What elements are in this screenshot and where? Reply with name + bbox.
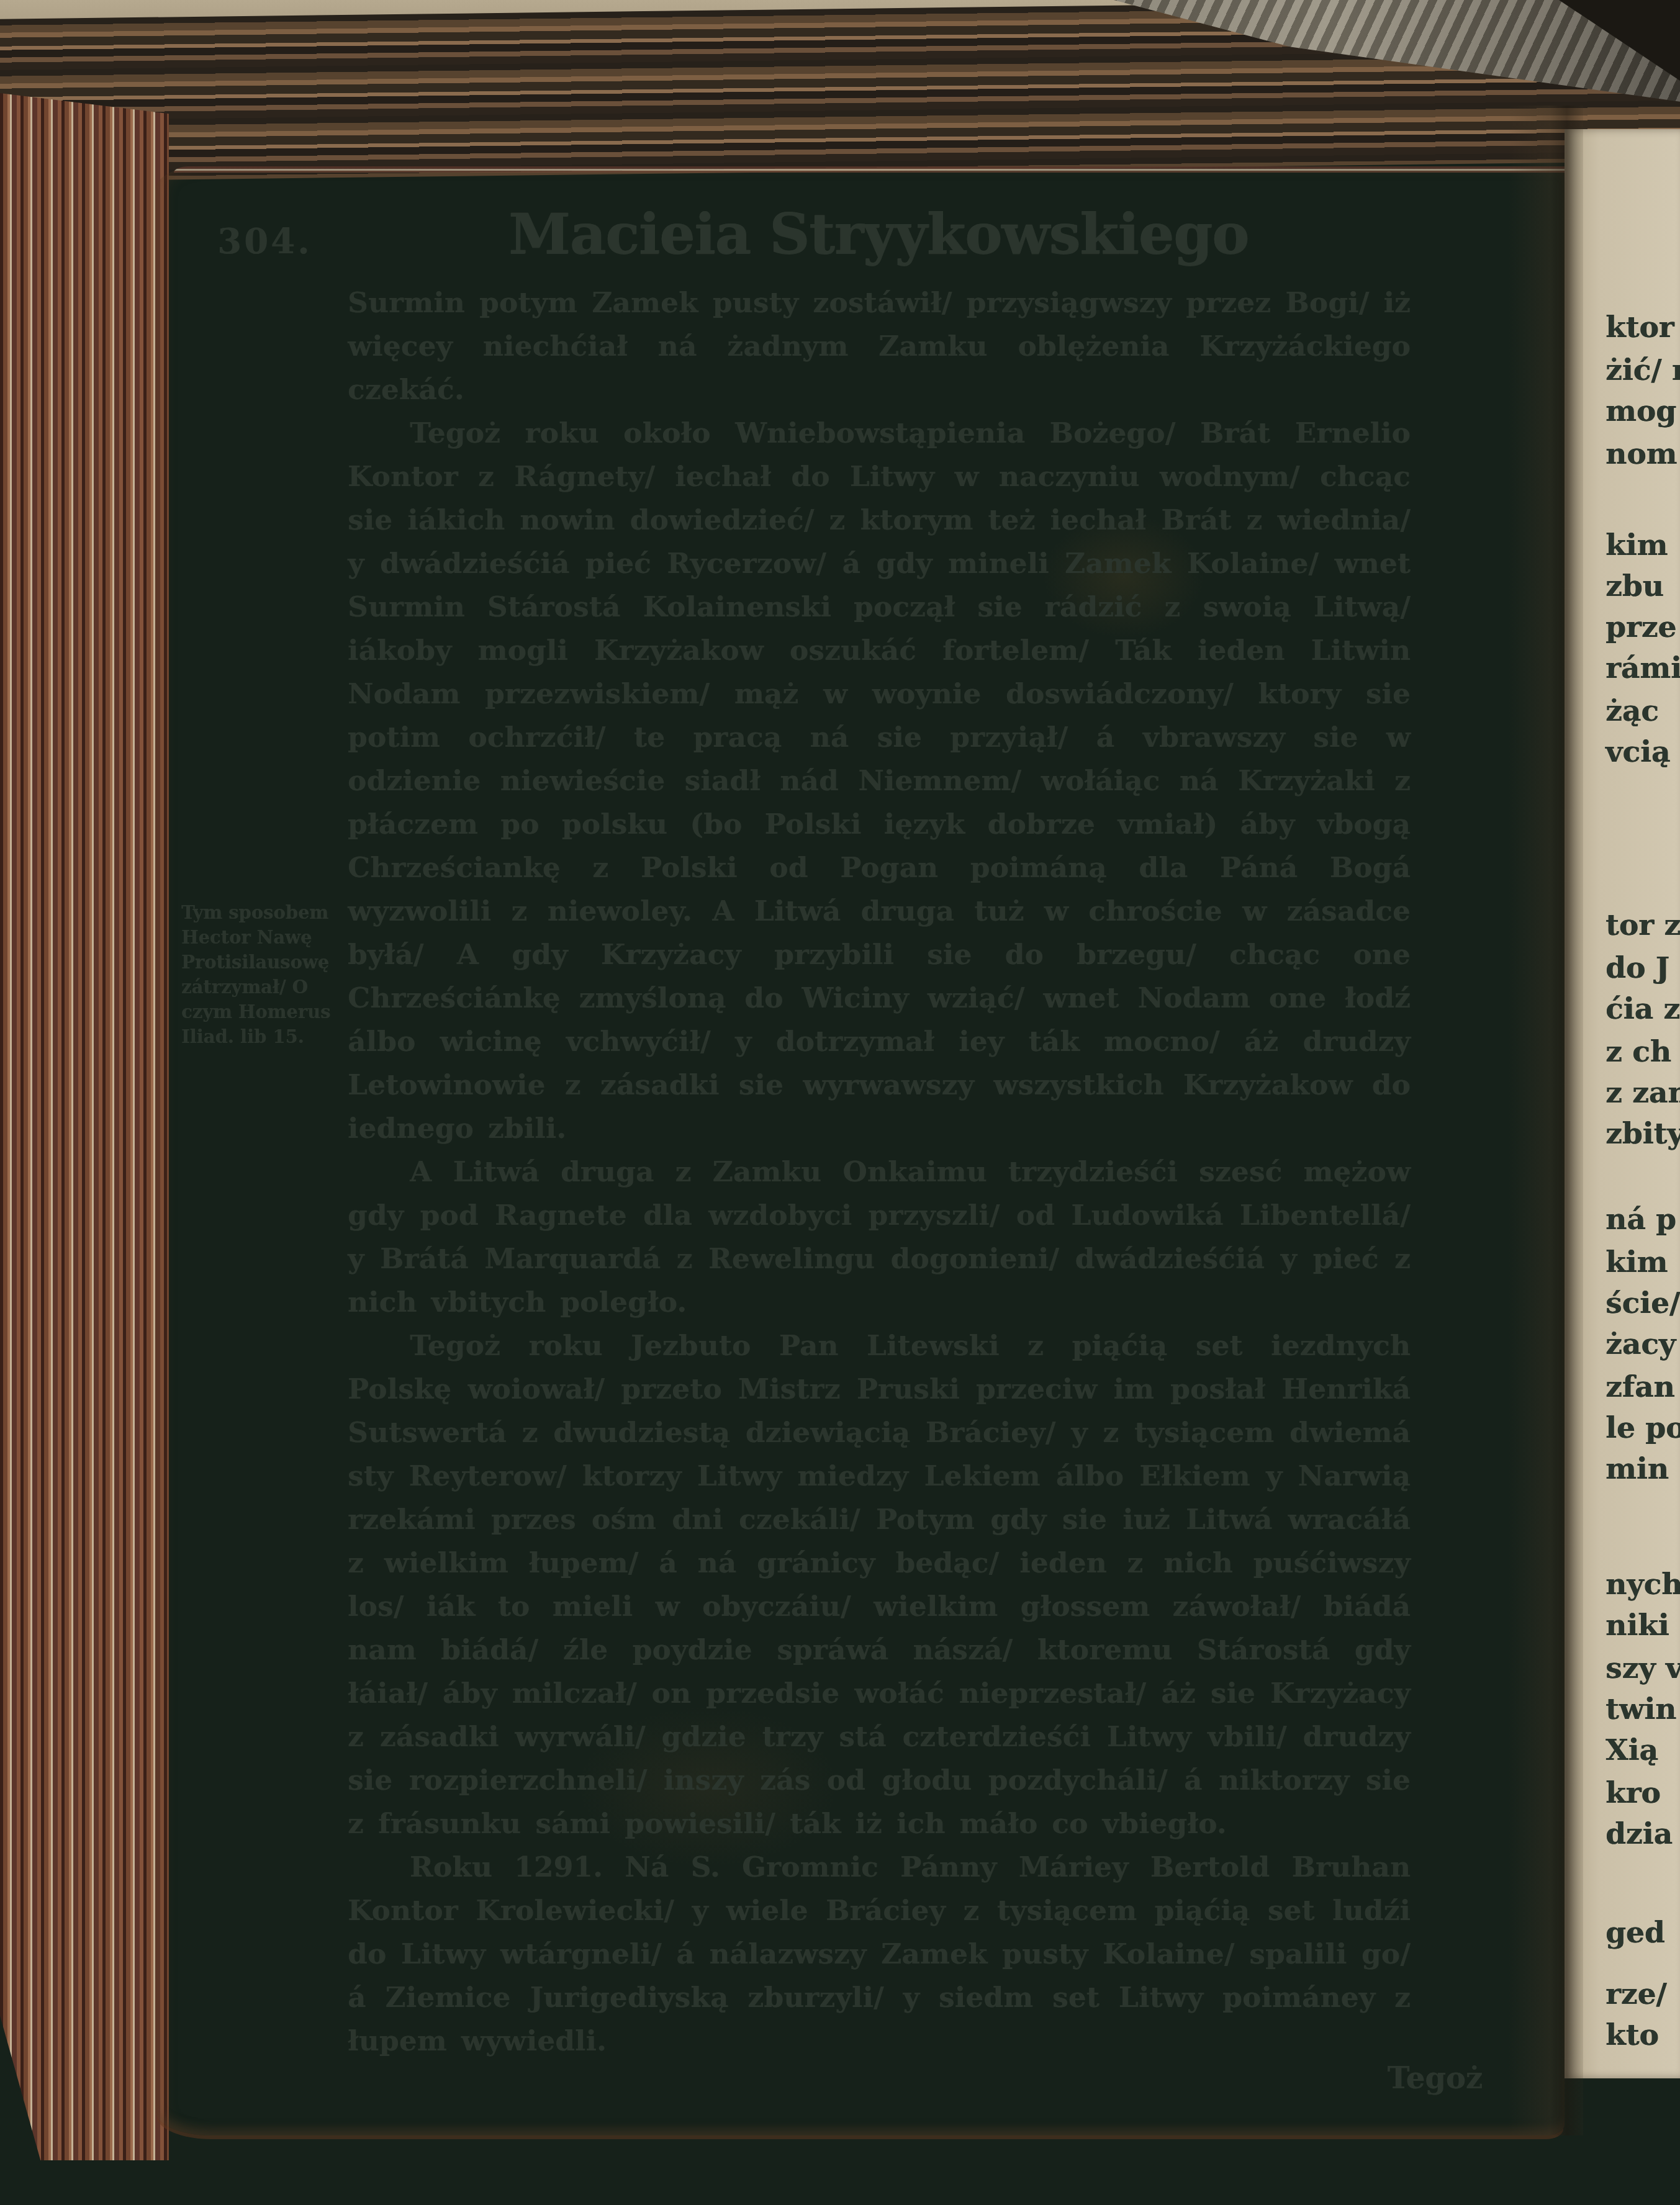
facing-fragment: rze/ (1605, 1980, 1667, 2009)
facing-fragment: nom (1605, 440, 1677, 469)
page-number: 304. (217, 221, 312, 262)
paragraph: Tegoż roku około Wniebowstąpienia Bożego… (348, 412, 1411, 1150)
facing-fragment: twin (1605, 1695, 1676, 1724)
facing-fragment: Xią (1605, 1736, 1658, 1765)
book-scan: 304. Macieia Stryykowskiego Tym sposobem… (0, 0, 1680, 2205)
facing-fragment: niki (1605, 1611, 1669, 1640)
facing-fragment: kim (1605, 1248, 1668, 1277)
facing-fragment: żąc (1605, 697, 1659, 726)
facing-fragment: kim (1605, 531, 1668, 560)
margin-note: Tym sposobem Hector Nawę Protisilausowę … (181, 900, 354, 1049)
facing-fragment: żić/ n (1605, 356, 1680, 385)
margin-note-line: zátrzymał/ O (181, 975, 354, 999)
paragraph: Tegoż roku Jezbuto Pan Litewski z piąćią… (348, 1324, 1411, 1846)
catchword: Tegoż (1387, 2061, 1483, 2096)
paragraph: Surmin potym Zamek pusty zostáwił/ przys… (348, 281, 1411, 412)
facing-fragment: min (1605, 1454, 1669, 1484)
fanned-page-edges (0, 93, 169, 2160)
page-top-edge-line (174, 166, 1565, 173)
gutter-shadow (1509, 106, 1583, 2135)
facing-fragment: kto (1605, 2021, 1659, 2050)
paragraph: Roku 1291. Ná S. Gromnic Pánny Máriey Be… (348, 1846, 1411, 2063)
margin-note-line: Tym sposobem (181, 900, 354, 925)
body-text: Surmin potym Zamek pusty zostáwił/ przys… (348, 281, 1411, 2063)
facing-fragment: nych (1605, 1570, 1680, 1599)
facing-fragment: ná p (1605, 1205, 1676, 1234)
facing-fragment: szy v (1605, 1654, 1680, 1683)
facing-fragment: ćia z (1605, 994, 1680, 1024)
margin-note-line: Iliad. lib 15. (181, 1024, 354, 1049)
facing-fragment: do J (1605, 954, 1669, 983)
facing-fragment: z zan (1605, 1078, 1680, 1107)
facing-fragment: mog (1605, 397, 1676, 426)
facing-fragment: le po (1605, 1414, 1680, 1443)
margin-note-line: czym Homerus (181, 999, 354, 1024)
facing-fragment: zbu (1605, 572, 1664, 601)
facing-fragment: z ch (1605, 1037, 1671, 1066)
margin-note-line: Protisilausowę (181, 950, 354, 975)
facing-fragment: kro (1605, 1779, 1661, 1808)
facing-fragment: prze (1605, 613, 1676, 642)
facing-fragment: vcią (1605, 737, 1670, 767)
facing-fragment: tor z (1605, 911, 1680, 940)
facing-fragment: rámi (1605, 654, 1680, 683)
facing-fragment: zfan (1605, 1373, 1675, 1402)
running-title: Macieia Stryykowskiego (348, 201, 1409, 267)
facing-fragment: ście/ (1605, 1289, 1680, 1318)
book-page: 304. Macieia Stryykowskiego Tym sposobem… (155, 166, 1565, 2135)
facing-fragment: dzia (1605, 1819, 1673, 1849)
facing-fragment: ktor (1605, 313, 1674, 342)
facing-fragment: ged (1605, 1918, 1665, 1947)
facing-fragment: żacy (1605, 1330, 1676, 1359)
paragraph: A Litwá druga z Zamku Onkaimu trzydzieść… (348, 1150, 1411, 1324)
facing-fragment: zbity (1605, 1119, 1680, 1148)
margin-note-line: Hector Nawę (181, 925, 354, 950)
